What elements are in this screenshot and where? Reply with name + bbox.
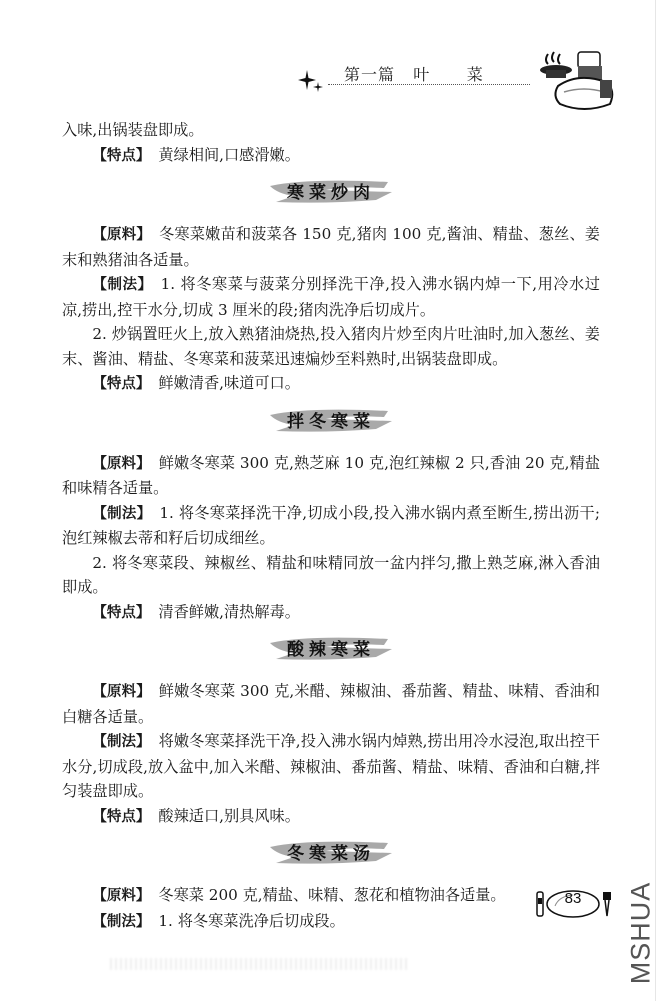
field-label: 【制法】 [92, 277, 152, 293]
field-text: 黄绿相间,口感滑嫩。 [158, 146, 300, 164]
header-dotted-rule [328, 84, 530, 85]
field-label: 【特点】 [92, 148, 150, 164]
method-step: 2. 炒锅置旺火上,放入熟猪油烧热,投入猪肉片炒至肉片吐油时,加入葱丝、姜末、酱… [62, 322, 600, 371]
chapter-title: 第一篇 叶 菜 [344, 62, 484, 85]
ingredients-field: 【原料】冬寒菜 200 克,精盐、味精、葱花和植物油各适量。 [62, 883, 600, 909]
page-edge-line [655, 0, 656, 1001]
method-field: 【制法】1. 将冬寒菜与菠菜分别择洗干净,投入沸水锅内焯一下,用冷水过凉,捞出,… [62, 272, 600, 322]
field-label: 【制法】 [92, 914, 150, 930]
field-text: 1. 将冬寒菜洗净后切成段。 [158, 912, 344, 930]
scan-artifact [110, 958, 410, 970]
sparkle-stars-icon [298, 68, 328, 94]
method-field: 【制法】将嫩冬寒菜择洗干净,投入沸水锅内焯熟,捞出用冷水浸泡,取出控干水分,切成… [62, 729, 600, 804]
page-number: 83 [560, 890, 586, 907]
recipe-title: 拌冬寒菜 [62, 401, 600, 447]
feature-field: 【特点】酸辣适口,别具风味。 [62, 804, 600, 830]
field-label: 【制法】 [92, 506, 151, 522]
field-label: 【原料】 [92, 456, 150, 472]
feature-field: 【特点】鲜嫩清香,味道可口。 [62, 371, 600, 397]
field-label: 【原料】 [92, 227, 151, 243]
field-label: 【特点】 [92, 376, 150, 392]
field-text: 酸辣适口,别具风味。 [158, 807, 300, 825]
field-text: 冬寒菜 200 克,精盐、味精、葱花和植物油各适量。 [158, 886, 505, 904]
watermark: MSHUA [624, 878, 658, 988]
field-label: 【制法】 [92, 734, 150, 750]
ingredients-field: 【原料】鲜嫩冬寒菜 300 克,米醋、辣椒油、番茄酱、精盐、味精、香油和白糖各适… [62, 679, 600, 729]
field-label: 【特点】 [92, 809, 150, 825]
recipe-title: 酸辣寒菜 [62, 629, 600, 675]
field-text: 清香鲜嫩,清热解毒。 [158, 603, 300, 621]
method-field: 【制法】1. 将冬寒菜择洗干净,切成小段,投入沸水锅内煮至断生,捞出沥干;泡红辣… [62, 501, 600, 551]
field-text: 鲜嫩清香,味道可口。 [158, 374, 300, 392]
method-step: 2. 将冬寒菜段、辣椒丝、精盐和味精同放一盆内拌匀,撒上熟芝麻,淋入香油即成。 [62, 551, 600, 600]
field-label: 【特点】 [92, 605, 150, 621]
field-label: 【原料】 [92, 684, 150, 700]
recipe-content: 入味,出锅装盘即成。 【特点】黄绿相间,口感滑嫩。 寒菜炒肉 【原料】冬寒菜嫩苗… [62, 118, 600, 934]
feature-field: 【特点】清香鲜嫩,清热解毒。 [62, 600, 600, 626]
feature-field: 【特点】黄绿相间,口感滑嫩。 [62, 143, 600, 169]
ingredients-field: 【原料】鲜嫩冬寒菜 300 克,熟芝麻 10 克,泡红辣椒 2 只,香油 20 … [62, 451, 600, 501]
method-field: 【制法】1. 将冬寒菜洗净后切成段。 [62, 909, 600, 935]
recipe-title: 冬寒菜汤 [62, 833, 600, 879]
running-header: 第一篇 叶 菜 [298, 52, 658, 112]
text-line: 入味,出锅装盘即成。 [62, 118, 600, 143]
field-label: 【原料】 [92, 888, 150, 904]
ingredients-field: 【原料】冬寒菜嫩苗和菠菜各 150 克,猪肉 100 克,酱油、精盐、葱丝、姜末… [62, 222, 600, 272]
recipe-title: 寒菜炒肉 [62, 172, 600, 218]
chef-with-dish-icon [538, 46, 618, 116]
